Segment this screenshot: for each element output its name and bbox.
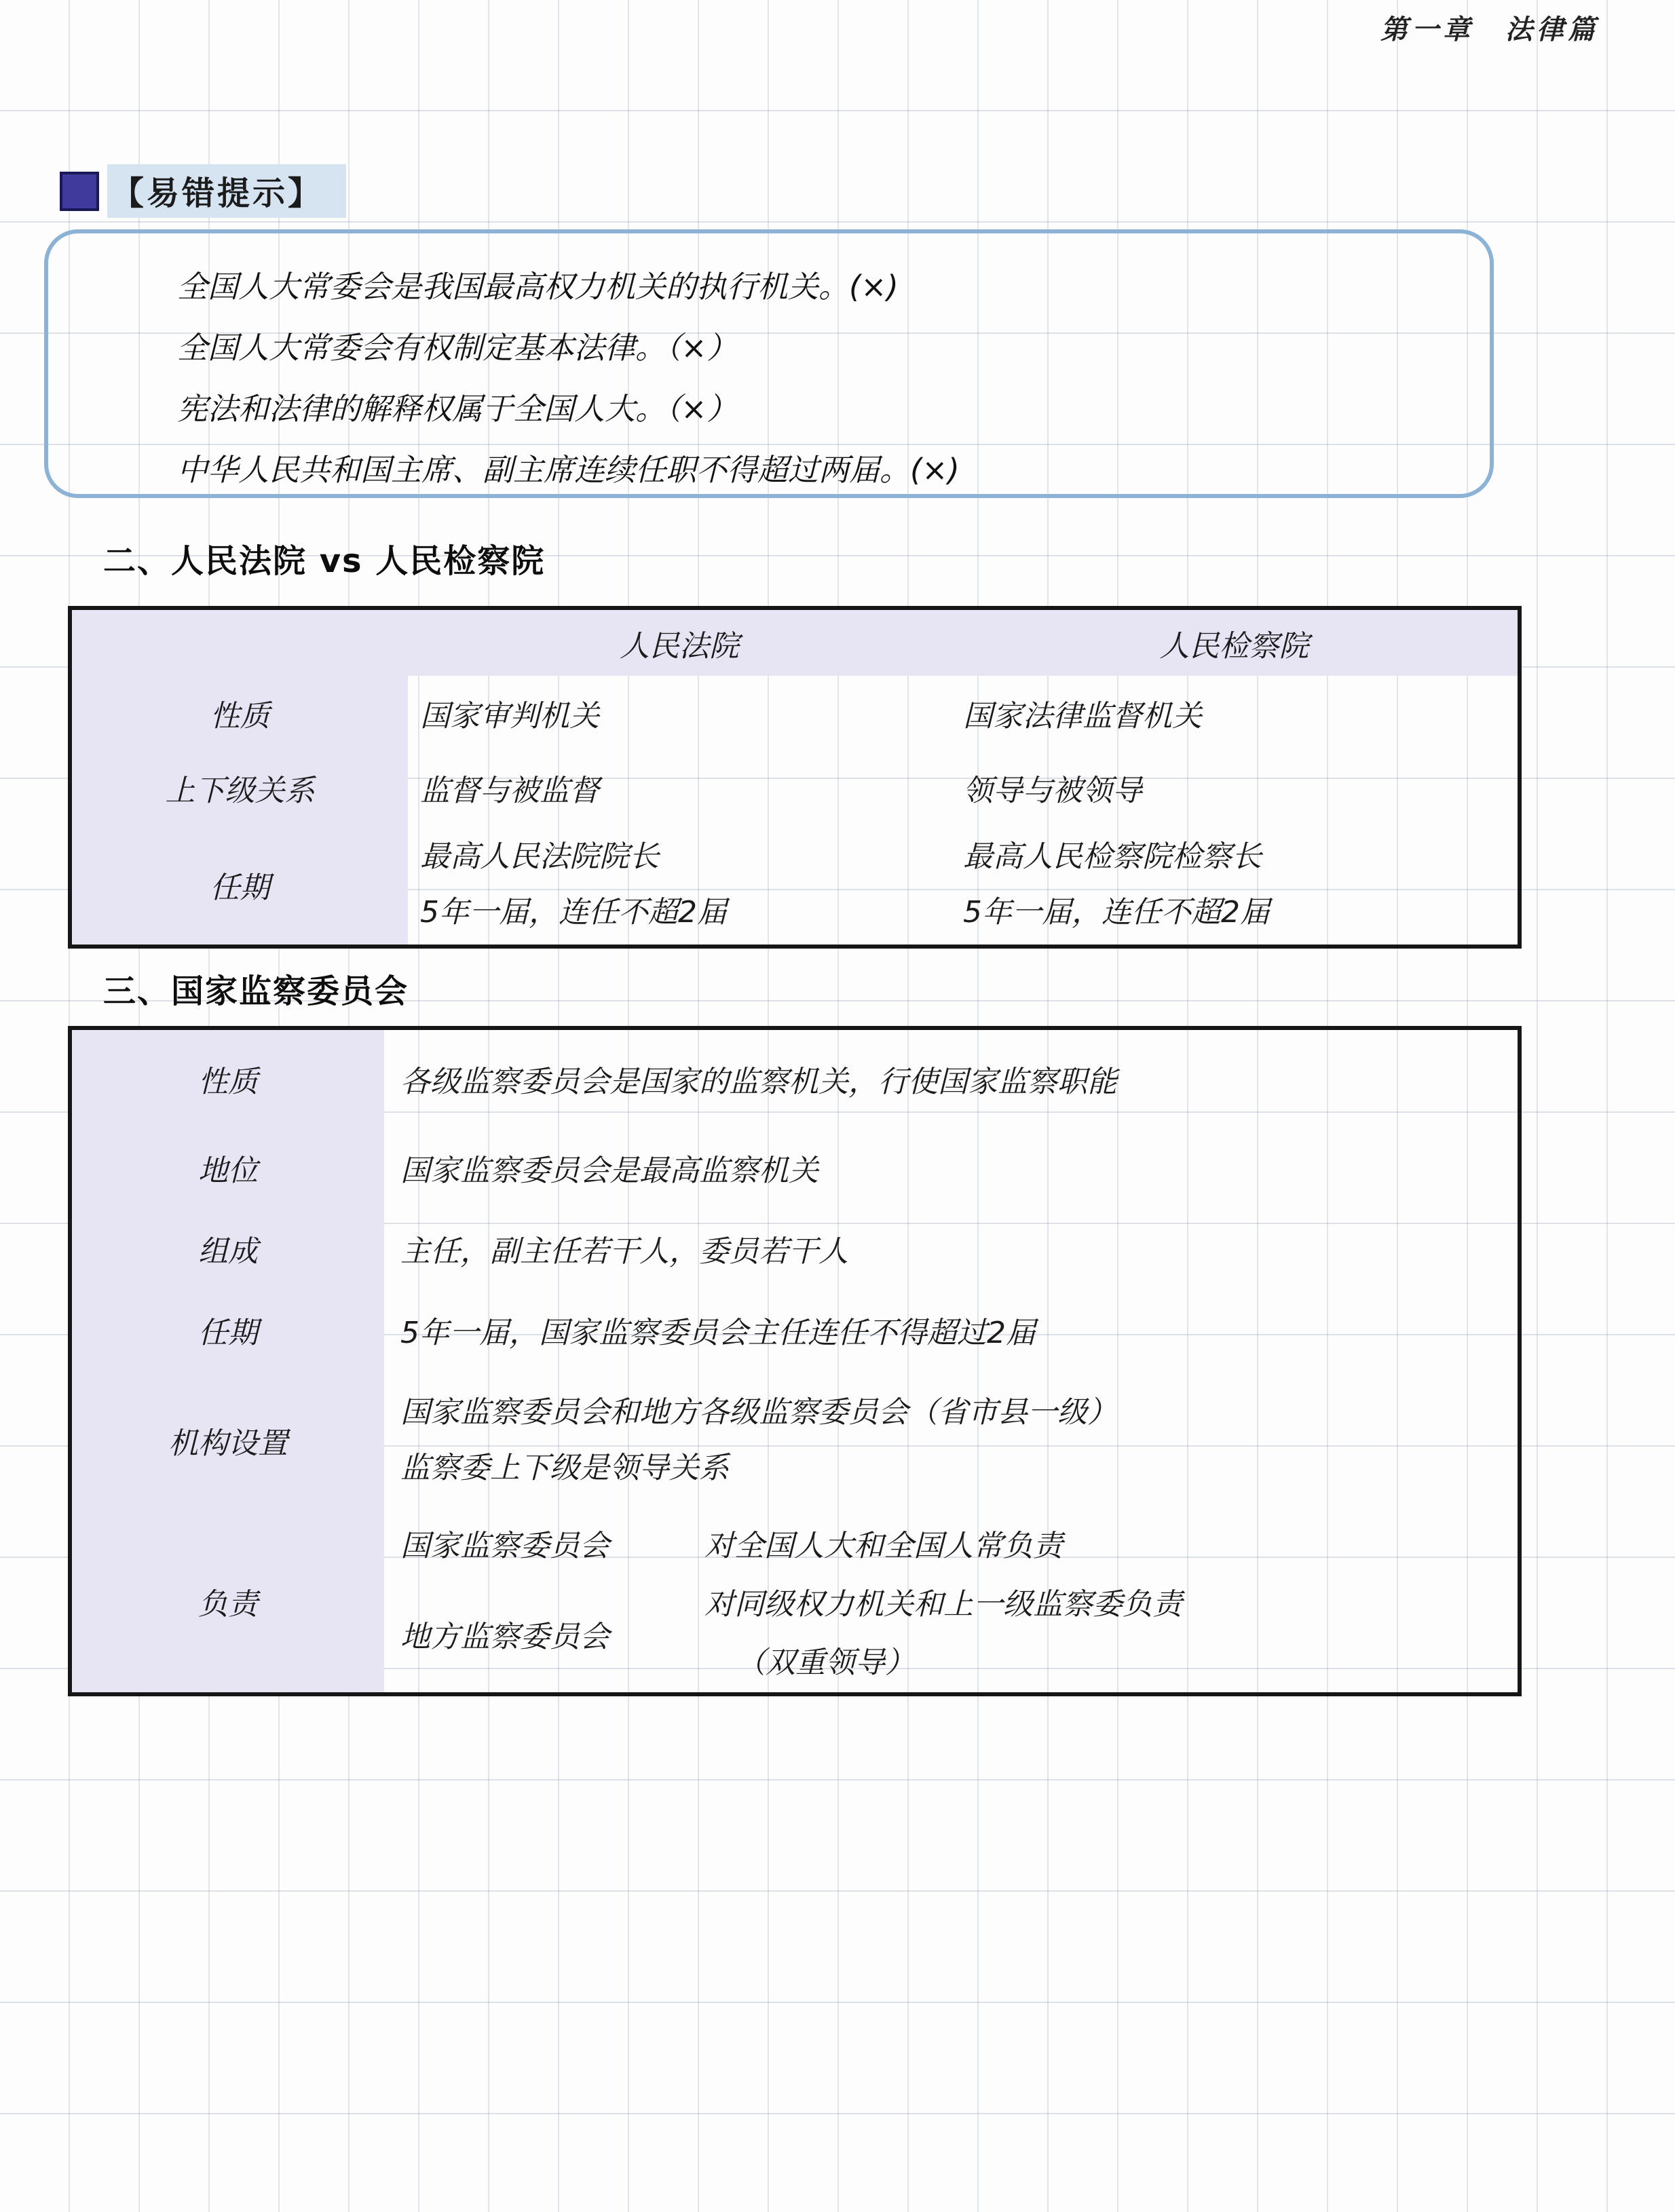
responsibility-duty-line1: 对同级权力机关和上一级监察委负责 [704, 1576, 1182, 1634]
cell-court-nature: 国家审判机关 [408, 676, 951, 750]
responsibility-entry-local: 地方监察委员会 对同级权力机关和上一级监察委负责 （双重领导） [384, 1576, 1518, 1692]
page-header-chapter: 第一章 法律篇 [1380, 8, 1599, 47]
responsibility-duty-line2: （双重领导） [704, 1634, 1182, 1692]
table-header-empty [72, 610, 408, 676]
row-label-term: 任期 [72, 1289, 384, 1371]
tip-box: 全国人大常委会是我国最高权力机关的执行机关。(×) 全国人大常委会有权制定基本法… [44, 229, 1494, 498]
court-procuratorate-table: 人民法院 人民检察院 性质 国家审判机关 国家法律监督机关 上下级关系 监督与被… [68, 606, 1522, 949]
cell-procuratorate-term-line2: 5年一届，连任不超2届 [963, 885, 1270, 940]
cell-court-term-line2: 5年一届，连任不超2届 [420, 885, 727, 940]
cell-structure-line1: 国家监察委员会和地方各级监察委员会（省市县一级） [400, 1385, 1117, 1441]
square-bullet-icon [60, 172, 99, 211]
cell-responsibility: 国家监察委员会 对全国人大和全国人常负责 地方监察委员会 对同级权力机关和上一级… [384, 1510, 1518, 1692]
row-label-responsibility: 负责 [72, 1510, 384, 1692]
cell-structure: 国家监察委员会和地方各级监察委员会（省市县一级） 监察委上下级是领导关系 [384, 1371, 1518, 1510]
cell-court-term-line1: 最高人民法院院长 [420, 829, 659, 885]
cell-procuratorate-term-line1: 最高人民检察院检察长 [963, 829, 1262, 885]
cell-nature: 各级监察委员会是国家的监察机关，行使国家监察职能 [384, 1030, 1518, 1128]
cell-procuratorate-term: 最高人民检察院检察长 5年一届，连任不超2届 [951, 825, 1518, 945]
cell-procuratorate-nature: 国家法律监督机关 [951, 676, 1518, 750]
responsibility-duty: 对同级权力机关和上一级监察委负责 （双重领导） [704, 1576, 1182, 1692]
tip-item: 中华人民共和国主席、副主席连续任职不得超过两届。(×) [177, 440, 1463, 501]
cell-term: 5年一届，国家监察委员会主任连任不得超过2届 [384, 1289, 1518, 1371]
supervisory-commission-table: 性质 各级监察委员会是国家的监察机关，行使国家监察职能 地位 国家监察委员会是最… [68, 1026, 1522, 1696]
tip-item: 宪法和法律的解释权属于全国人大。（×） [177, 379, 1463, 440]
responsibility-entry-national: 国家监察委员会 对全国人大和全国人常负责 [384, 1510, 1518, 1576]
tip-label: 【易错提示】 [107, 164, 346, 218]
section-title-supervisory-commission: 三、国家监察委员会 [103, 965, 409, 1012]
cell-court-hierarchy: 监督与被监督 [408, 750, 951, 825]
row-label-composition: 组成 [72, 1208, 384, 1289]
cell-status: 国家监察委员会是最高监察机关 [384, 1128, 1518, 1208]
tip-item: 全国人大常委会是我国最高权力机关的执行机关。(×) [177, 256, 1463, 318]
tip-item: 全国人大常委会有权制定基本法律。（×） [177, 318, 1463, 379]
responsibility-duty: 对全国人大和全国人常负责 [704, 1521, 1063, 1565]
cell-structure-line2: 监察委上下级是领导关系 [400, 1441, 729, 1496]
section-title-court-vs-procuratorate: 二、人民法院 vs 人民检察院 [103, 535, 545, 581]
row-label-hierarchy: 上下级关系 [72, 750, 408, 825]
notebook-page: 第一章 法律篇 【易错提示】 全国人大常委会是我国最高权力机关的执行机关。(×)… [0, 0, 1675, 2212]
row-label-status: 地位 [72, 1128, 384, 1208]
tip-heading: 【易错提示】 [60, 164, 346, 218]
responsibility-org: 国家监察委员会 [384, 1521, 704, 1565]
responsibility-org: 地方监察委员会 [384, 1612, 704, 1656]
cell-court-term: 最高人民法院院长 5年一届，连任不超2届 [408, 825, 951, 945]
row-label-structure: 机构设置 [72, 1371, 384, 1510]
row-label-term: 任期 [72, 825, 408, 945]
cell-composition: 主任，副主任若干人，委员若干人 [384, 1208, 1518, 1289]
row-label-nature: 性质 [72, 676, 408, 750]
cell-procuratorate-hierarchy: 领导与被领导 [951, 750, 1518, 825]
table-header-procuratorate: 人民检察院 [951, 610, 1518, 676]
table-header-court: 人民法院 [408, 610, 951, 676]
row-label-nature: 性质 [72, 1030, 384, 1128]
